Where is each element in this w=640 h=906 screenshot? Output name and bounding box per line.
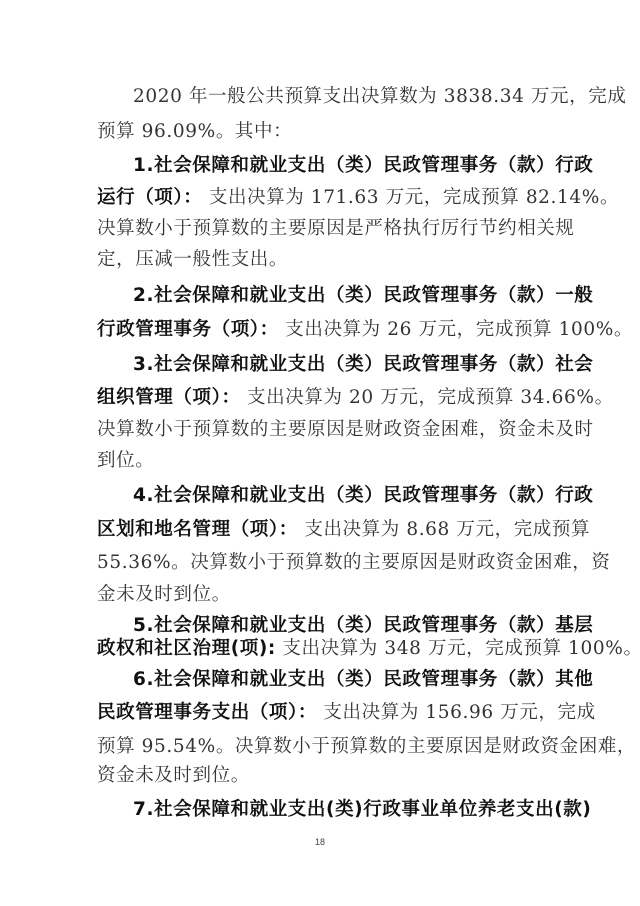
page-number: 18 xyxy=(309,837,331,847)
item-4-line-3: 55.36%。决算数小于预算数的主要原因是财政资金困难，资 xyxy=(97,551,547,575)
item-1-number: 1. xyxy=(133,155,154,176)
item-3-number: 3. xyxy=(133,354,154,375)
item-2-title: 2.社会保障和就业支出（类）民政管理事务（款）一般 xyxy=(133,284,547,308)
item-4-line-4: 金未及时到位。 xyxy=(97,583,547,607)
item-1-line-2: 运行（项）： 支出决算为 171.63 万元，完成预算 82.14%。 xyxy=(97,186,547,210)
item-7-number: 7. xyxy=(133,799,154,820)
item-2-number: 2. xyxy=(133,285,154,306)
item-5-number: 5. xyxy=(133,615,154,636)
intro-line-2: 预算 96.09%。其中： xyxy=(97,120,547,144)
item-3-line-4: 到位。 xyxy=(97,449,547,473)
item-6-number: 6. xyxy=(133,669,154,690)
item-3-title: 3.社会保障和就业支出（类）民政管理事务（款）社会 xyxy=(133,353,547,377)
intro-line-1: 2020 年一般公共预算支出决算数为 3838.34 万元，完成 xyxy=(133,85,547,109)
item-6-line-4: 资金未及时到位。 xyxy=(97,764,547,788)
item-6-title: 6.社会保障和就业支出（类）民政管理事务（款）其他 xyxy=(133,668,547,692)
item-4-title: 4.社会保障和就业支出（类）民政管理事务（款）行政 xyxy=(133,484,547,508)
item-1-line-3: 决算数小于预算数的主要原因是严格执行厉行节约相关规 xyxy=(97,217,547,241)
item-1-line-4: 定，压减一般性支出。 xyxy=(97,248,547,272)
item-3-line-2: 组织管理（项）： 支出决算为 20 万元，完成预算 34.66%。 xyxy=(97,386,547,410)
item-6-line-2: 民政管理事务支出（项）： 支出决算为 156.96 万元，完成 xyxy=(97,701,547,725)
item-3-line-3: 决算数小于预算数的主要原因是财政资金困难，资金未及时 xyxy=(97,418,547,442)
item-4-line-2: 区划和地名管理（项）： 支出决算为 8.68 万元，完成预算 xyxy=(97,518,547,542)
item-1-title: 1.社会保障和就业支出（类）民政管理事务（款）行政 xyxy=(133,154,547,178)
item-5-line-2: 政权和社区治理(项): 支出决算为 348 万元，完成预算 100%。 xyxy=(97,637,547,661)
item-2-line-2: 行政管理事务（项）： 支出决算为 26 万元，完成预算 100%。 xyxy=(97,318,547,342)
item-5-title: 5.社会保障和就业支出（类）民政管理事务（款）基层 xyxy=(133,614,547,638)
item-7-title: 7.社会保障和就业支出(类)行政事业单位养老支出(款) xyxy=(133,798,547,822)
item-4-number: 4. xyxy=(133,485,154,506)
document-page: 2020 年一般公共预算支出决算数为 3838.34 万元，完成 预算 96.0… xyxy=(0,0,640,906)
item-6-line-3: 预算 95.54%。决算数小于预算数的主要原因是财政资金困难， xyxy=(97,735,547,759)
